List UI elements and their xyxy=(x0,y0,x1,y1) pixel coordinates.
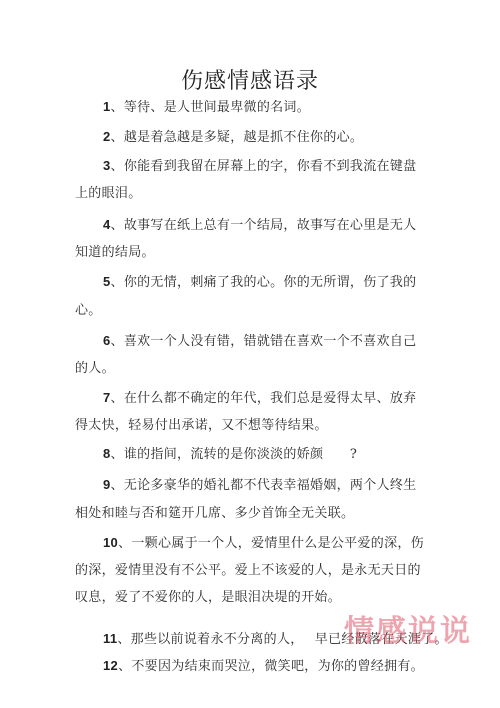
text-line: 12、不要因为结束而哭泣，微笑吧，为你的曾经拥有。 xyxy=(103,655,424,674)
quote-text: 的深，爱情里没有不公平。爱上不该爱的人，是永无天日的 xyxy=(75,563,421,578)
text-line: 8、谁的指间，流转的是你淡淡的娇颜 ? xyxy=(103,443,357,462)
text-line: 知道的结局。 xyxy=(75,241,155,260)
text-line: 3、你能看到我留在屏幕上的字，你看不到我流在键盘 xyxy=(103,155,416,174)
text-line: 得太快，轻易付出承诺，又不想等待结果。 xyxy=(75,414,328,433)
quote-number: 6 xyxy=(103,333,111,348)
quote-text: 、在什么都不确定的年代，我们总是爱得太早、放弃 xyxy=(111,391,417,406)
text-line: 1、等待、是人世间最卑微的名词。 xyxy=(103,96,310,115)
quote-text: 得太快，轻易付出承诺，又不想等待结果。 xyxy=(75,418,328,433)
quote-number: 4 xyxy=(103,217,111,232)
text-line: 10、一颗心属于一个人，爱情里什么是公平爱的深，伤 xyxy=(103,532,424,551)
text-line: 6、喜欢一个人没有错，错就错在喜欢一个不喜欢自己 xyxy=(103,330,416,349)
page-title: 伤感情感语录 xyxy=(0,64,500,95)
quote-text: 、谁的指间，流转的是你淡淡的娇颜 ? xyxy=(111,447,358,462)
quote-number: 7 xyxy=(103,390,111,405)
quote-number: 11 xyxy=(103,631,117,646)
quote-text: 、不要因为结束而哭泣，微笑吧，为你的曾经拥有。 xyxy=(118,659,424,674)
quote-text: 、无论多豪华的婚礼都不代表幸福婚姻，两个人终生 xyxy=(111,478,417,493)
quote-text: 的人。 xyxy=(75,361,115,376)
text-line: 9、无论多豪华的婚礼都不代表幸福婚姻，两个人终生 xyxy=(103,474,416,493)
quote-text: 、喜欢一个人没有错，错就错在喜欢一个不喜欢自己 xyxy=(111,334,417,349)
quote-number: 8 xyxy=(103,446,111,461)
quote-text: 心。 xyxy=(75,303,102,318)
text-line: 相处和睦与否和筵开几席、多少首饰全无关联。 xyxy=(75,502,354,521)
quote-text: 叹息，爱了不爱你的人，是眼泪决堤的开始。 xyxy=(75,590,341,605)
text-line: 4、故事写在纸上总有一个结局，故事写在心里是无人 xyxy=(103,214,416,233)
quote-number: 10 xyxy=(103,535,118,550)
text-line: 叹息，爱了不爱你的人，是眼泪决堤的开始。 xyxy=(75,586,341,605)
quote-text: 知道的结局。 xyxy=(75,245,155,260)
quote-text: 、一颗心属于一个人，爱情里什么是公平爱的深，伤 xyxy=(118,536,424,551)
quote-text: 、你能看到我留在屏幕上的字，你看不到我流在键盘 xyxy=(111,159,417,174)
text-line: 的深，爱情里没有不公平。爱上不该爱的人，是永无天日的 xyxy=(75,559,421,578)
text-line: 5、你的无情，刺痛了我的心。你的无所谓，伤了我的 xyxy=(103,271,416,290)
quote-number: 3 xyxy=(103,158,111,173)
quote-text: 、越是着急越是多疑，越是抓不住你的心。 xyxy=(111,130,364,145)
quote-number: 9 xyxy=(103,477,111,492)
quote-text: 、等待、是人世间最卑微的名词。 xyxy=(111,100,311,115)
quote-number: 12 xyxy=(103,658,118,673)
watermark: 情感说说 xyxy=(344,606,472,650)
text-line: 7、在什么都不确定的年代，我们总是爱得太早、放弃 xyxy=(103,387,416,406)
text-line: 上的眼泪。 xyxy=(75,182,142,201)
text-line: 的人。 xyxy=(75,357,115,376)
quote-text: 相处和睦与否和筵开几席、多少首饰全无关联。 xyxy=(75,506,354,521)
quote-text: 上的眼泪。 xyxy=(75,186,142,201)
quote-number: 5 xyxy=(103,274,111,289)
quote-text: 、故事写在纸上总有一个结局，故事写在心里是无人 xyxy=(111,218,417,233)
text-line: 心。 xyxy=(75,299,102,318)
text-line: 2、越是着急越是多疑，越是抓不住你的心。 xyxy=(103,126,363,145)
quote-text: 、你的无情，刺痛了我的心。你的无所谓，伤了我的 xyxy=(111,275,417,290)
quote-number: 1 xyxy=(103,99,111,114)
quote-number: 2 xyxy=(103,129,111,144)
